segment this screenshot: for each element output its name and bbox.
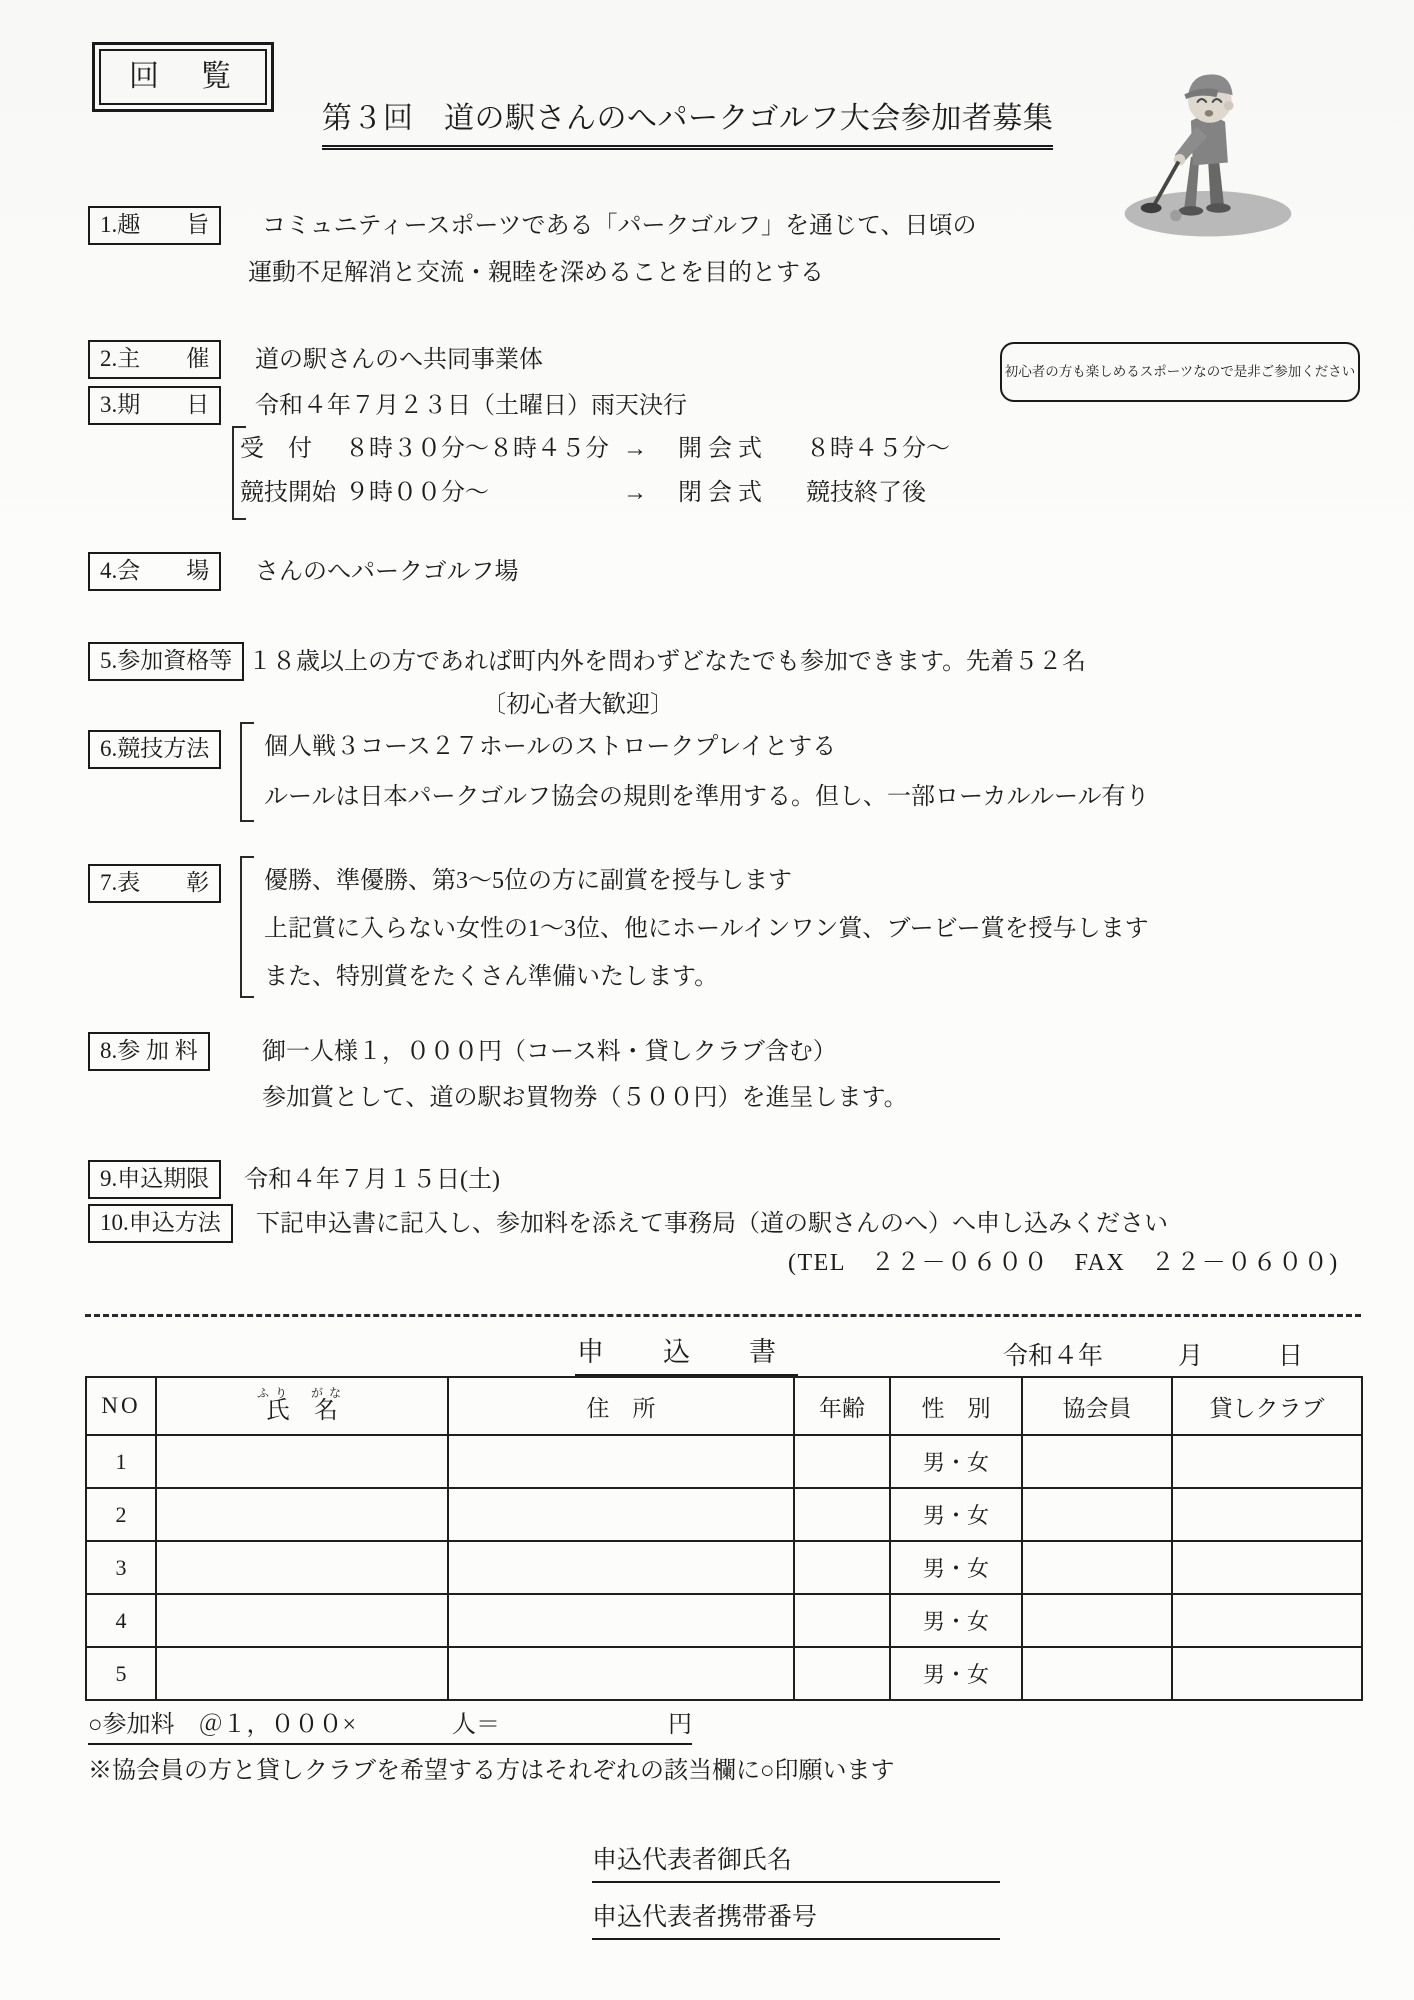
age-blank-cell	[794, 1594, 890, 1647]
table-row: 5 男・女	[86, 1647, 1362, 1700]
row-number: 5	[86, 1647, 156, 1700]
address-blank-cell	[448, 1541, 794, 1594]
name-blank-cell	[156, 1594, 448, 1647]
age-blank-cell	[794, 1647, 890, 1700]
application-form-date: 令和４年 月 日	[1003, 1341, 1303, 1372]
section-label-date: 3.期 日	[88, 386, 221, 425]
schedule-row-2: 競技開始 ９時００分～ → 閉 会 式 競技終了後	[240, 478, 926, 508]
kairan-label: 回 覧	[99, 49, 267, 105]
club-blank-cell	[1172, 1435, 1362, 1488]
section-label-eligibility: 5.参加資格等	[88, 642, 244, 681]
address-blank-cell	[448, 1647, 794, 1700]
section-label-apply: 10.申込方法	[88, 1204, 233, 1243]
header-member: 協会員	[1022, 1377, 1172, 1435]
gender-choice: 男・女	[890, 1647, 1022, 1700]
club-blank-cell	[1172, 1541, 1362, 1594]
schedule-time: ８時３０分～８時４５分	[345, 434, 623, 464]
application-form-title: 申 込 書	[575, 1336, 798, 1376]
application-table: NO ふり がな 氏 名 住 所 年齢 性 別 協会員 貸しクラブ 1 男・女 …	[85, 1376, 1363, 1701]
representative-name-field: 申込代表者御氏名	[592, 1845, 1000, 1883]
ground-ellipse	[1125, 191, 1292, 236]
section-label-awards: 7.表 彰	[88, 864, 221, 903]
arrow-icon: →	[623, 434, 678, 464]
member-blank-cell	[1022, 1435, 1172, 1488]
section-label-venue: 4.会 場	[88, 552, 221, 591]
purpose-line1: コミュニティースポーツである「パークゴルフ」を通じて、日頃の	[262, 211, 976, 241]
venue-text: さんのへパークゴルフ場	[255, 557, 519, 587]
address-blank-cell	[448, 1594, 794, 1647]
gender-choice: 男・女	[890, 1541, 1022, 1594]
date-text: 令和４年７月２３日（土曜日）雨天決行	[255, 391, 687, 421]
page-title: 第３回 道の駅さんのへパークゴルフ大会参加者募集	[322, 100, 1053, 150]
age-blank-cell	[794, 1541, 890, 1594]
schedule-time2: 競技終了後	[806, 478, 926, 508]
park-golfer-illustration	[1118, 64, 1298, 244]
age-blank-cell	[794, 1435, 890, 1488]
representative-phone-field: 申込代表者携帯番号	[592, 1902, 1000, 1940]
header-age: 年齢	[794, 1377, 890, 1435]
table-row: 2 男・女	[86, 1488, 1362, 1541]
gender-choice: 男・女	[890, 1488, 1022, 1541]
member-blank-cell	[1022, 1541, 1172, 1594]
header-name-text: 氏 名	[157, 1399, 447, 1424]
section-label-organizer: 2.主 催	[88, 340, 221, 379]
member-blank-cell	[1022, 1594, 1172, 1647]
address-blank-cell	[448, 1488, 794, 1541]
member-blank-cell	[1022, 1488, 1172, 1541]
awards-line3: また、特別賞をたくさん準備いたします。	[264, 962, 718, 992]
schedule-item2: 閉 会 式	[678, 478, 806, 508]
organizer-text: 道の駅さんのへ共同事業体	[255, 345, 543, 375]
method-line2: ルールは日本パークゴルフ協会の規則を準用する。但し、一部ローカルルール有り	[264, 782, 1149, 812]
cut-line-separator	[85, 1314, 1361, 1317]
circular-flyer-page: 回 覧 第３回 道の駅さんのへパークゴルフ大会参加者募集 1.趣 旨 コ	[0, 0, 1414, 2000]
name-blank-cell	[156, 1647, 448, 1700]
member-blank-cell	[1022, 1647, 1172, 1700]
deadline-text: 令和４年７月１５日(土)	[244, 1165, 500, 1195]
row-number: 3	[86, 1541, 156, 1594]
gender-choice: 男・女	[890, 1435, 1022, 1488]
club-blank-cell	[1172, 1488, 1362, 1541]
awards-line1: 優勝、準優勝、第3～5位の方に副賞を授与します	[264, 866, 792, 896]
method-bracket	[240, 722, 254, 822]
circle-mark-note: ※協会員の方と貸しクラブを希望する方はそれぞれの該当欄に○印願います	[88, 1756, 895, 1786]
header-name: ふり がな 氏 名	[156, 1377, 448, 1435]
fee-line2: 参加賞として、道の駅お買物券（５００円）を進呈します。	[262, 1083, 908, 1113]
beginners-welcome-note: 〔初心者大歓迎〕	[482, 690, 674, 720]
table-row: 4 男・女	[86, 1594, 1362, 1647]
kairan-stamp-box: 回 覧	[92, 42, 274, 112]
table-row: 1 男・女	[86, 1435, 1362, 1488]
header-address: 住 所	[448, 1377, 794, 1435]
age-blank-cell	[794, 1488, 890, 1541]
awards-line2: 上記賞に入らない女性の1～3位、他にホールインワン賞、ブービー賞を授与します	[264, 914, 1149, 944]
address-blank-cell	[448, 1435, 794, 1488]
fee-calculation-line: ○参加料 ＠１，０００× 人＝ 円	[88, 1710, 692, 1745]
fee-line1: 御一人様１，０００円（コース料・貸しクラブ含む）	[262, 1037, 837, 1067]
beginner-note-box: 初心者の方も楽しめるスポーツなので是非ご参加ください	[1000, 342, 1360, 402]
header-no: NO	[86, 1377, 156, 1435]
purpose-line2: 運動不足解消と交流・親睦を深めることを目的とする	[248, 258, 824, 288]
name-blank-cell	[156, 1435, 448, 1488]
row-number: 2	[86, 1488, 156, 1541]
section-label-method: 6.競技方法	[88, 730, 221, 769]
tel-fax-line: (TEL ２２－０６００ FAX ２２－０６００)	[788, 1248, 1339, 1278]
row-number: 4	[86, 1594, 156, 1647]
schedule-item: 競技開始	[240, 478, 345, 508]
schedule-item: 受 付	[240, 434, 345, 464]
section-label-deadline: 9.申込期限	[88, 1160, 221, 1199]
section-label-fee: 8.参 加 料	[88, 1032, 210, 1071]
club-blank-cell	[1172, 1647, 1362, 1700]
club-blank-cell	[1172, 1594, 1362, 1647]
awards-bracket	[240, 856, 254, 998]
header-rental-club: 貸しクラブ	[1172, 1377, 1362, 1435]
eligibility-text: １８歳以上の方であれば町内外を問わずどなたでも参加できます。先着５２名	[248, 647, 1086, 677]
row-number: 1	[86, 1435, 156, 1488]
arrow-icon: →	[623, 478, 678, 508]
name-blank-cell	[156, 1541, 448, 1594]
schedule-row-1: 受 付 ８時３０分～８時４５分 → 開 会 式 ８時４５分～	[240, 434, 950, 464]
schedule-time2: ８時４５分～	[806, 434, 950, 464]
schedule-item2: 開 会 式	[678, 434, 806, 464]
name-blank-cell	[156, 1488, 448, 1541]
method-line1: 個人戦３コース２７ホールのストロークプレイとする	[264, 732, 836, 762]
table-row: 3 男・女	[86, 1541, 1362, 1594]
gender-choice: 男・女	[890, 1594, 1022, 1647]
header-gender: 性 別	[890, 1377, 1022, 1435]
schedule-time: ９時００分～	[345, 478, 623, 508]
section-label-purpose: 1.趣 旨	[88, 206, 221, 245]
table-header-row: NO ふり がな 氏 名 住 所 年齢 性 別 協会員 貸しクラブ	[86, 1377, 1362, 1435]
apply-text: 下記申込書に記入し、参加料を添えて事務局（道の駅さんのへ）へ申し込みください	[256, 1209, 1168, 1239]
